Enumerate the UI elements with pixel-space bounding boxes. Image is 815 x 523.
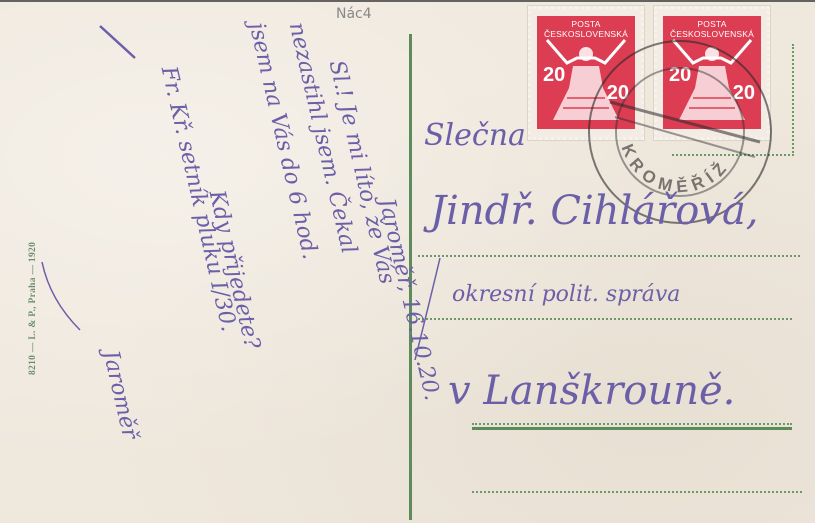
postcard: 8210 — L. & P., Praha — 1920 Nác4 POSTA … bbox=[0, 0, 815, 523]
pen-strokes bbox=[0, 0, 815, 523]
